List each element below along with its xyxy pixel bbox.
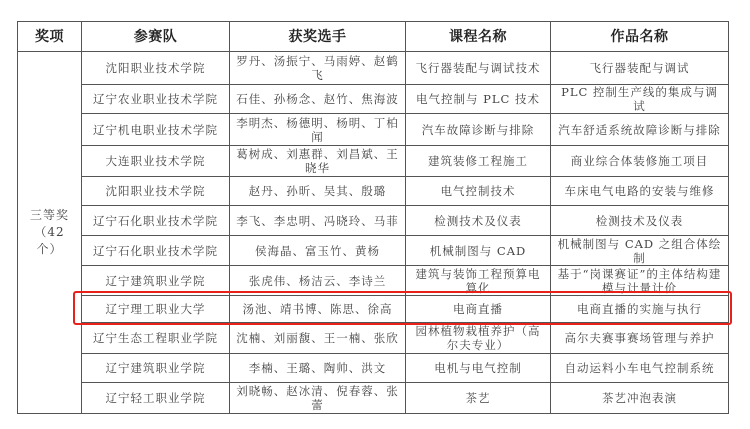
team-cell: 辽宁农业职业技术学院 bbox=[82, 85, 230, 114]
players-cell: 张虎伟、杨洁云、李诗兰 bbox=[230, 266, 406, 296]
course-cell: 电商直播 bbox=[406, 296, 551, 323]
work-cell: 高尔夫赛事赛场管理与养护 bbox=[551, 323, 729, 354]
header-course: 课程名称 bbox=[406, 22, 551, 52]
header-work: 作品名称 bbox=[551, 22, 729, 52]
work-cell: 自动运料小车电气控制系统 bbox=[551, 354, 729, 383]
table-row: 辽宁建筑职业学院张虎伟、杨洁云、李诗兰建筑与装饰工程预算电算化基于“岗课赛证”的… bbox=[18, 266, 729, 296]
header-award: 奖项 bbox=[18, 22, 82, 52]
course-cell: 电气控制技术 bbox=[406, 177, 551, 206]
work-cell: 机械制图与 CAD 之组合体绘制 bbox=[551, 236, 729, 266]
header-players: 获奖选手 bbox=[230, 22, 406, 52]
team-cell: 沈阳职业技术学院 bbox=[82, 52, 230, 85]
team-cell: 沈阳职业技术学院 bbox=[82, 177, 230, 206]
table-row: 辽宁建筑职业学院李楠、王璐、陶帅、洪文电机与电气控制自动运料小车电气控制系统 bbox=[18, 354, 729, 383]
table-row: 辽宁农业职业技术学院石佳、孙杨念、赵竹、焦海波电气控制与 PLC 技术PLC 控… bbox=[18, 85, 729, 114]
work-cell: 电商直播的实施与执行 bbox=[551, 296, 729, 323]
team-cell: 辽宁理工职业大学 bbox=[82, 296, 230, 323]
players-cell: 赵丹、孙昕、吴其、殷璐 bbox=[230, 177, 406, 206]
course-cell: 飞行器装配与调试技术 bbox=[406, 52, 551, 85]
course-cell: 建筑与装饰工程预算电算化 bbox=[406, 266, 551, 296]
award-level: 三等奖 bbox=[22, 207, 77, 224]
table-header-row: 奖项 参赛队 获奖选手 课程名称 作品名称 bbox=[18, 22, 729, 52]
course-cell: 建筑装修工程施工 bbox=[406, 146, 551, 177]
course-cell: 汽车故障诊断与排除 bbox=[406, 114, 551, 146]
table-row: 辽宁石化职业技术学院李飞、李忠明、冯晓玲、马菲检测技术及仪表检测技术及仪表 bbox=[18, 206, 729, 236]
players-cell: 李飞、李忠明、冯晓玲、马菲 bbox=[230, 206, 406, 236]
team-cell: 辽宁石化职业技术学院 bbox=[82, 236, 230, 266]
awards-table-container: 奖项 参赛队 获奖选手 课程名称 作品名称 三等奖（42 个）沈阳职业技术学院罗… bbox=[17, 21, 729, 414]
team-cell: 辽宁轻工职业学院 bbox=[82, 383, 230, 414]
table-row: 三等奖（42 个）沈阳职业技术学院罗丹、汤振宁、马雨婷、赵鹤飞飞行器装配与调试技… bbox=[18, 52, 729, 85]
table-row: 辽宁石化职业技术学院侯海晶、富玉竹、黄杨机械制图与 CAD机械制图与 CAD 之… bbox=[18, 236, 729, 266]
work-cell: 汽车舒适系统故障诊断与排除 bbox=[551, 114, 729, 146]
table-row-highlighted: 辽宁理工职业大学汤池、靖书博、陈思、徐高电商直播电商直播的实施与执行 bbox=[18, 296, 729, 323]
team-cell: 辽宁建筑职业学院 bbox=[82, 266, 230, 296]
course-cell: 电气控制与 PLC 技术 bbox=[406, 85, 551, 114]
award-level-cell: 三等奖（42 个） bbox=[18, 52, 82, 414]
players-cell: 葛树成、刘惠群、刘昌斌、王晓华 bbox=[230, 146, 406, 177]
work-cell: PLC 控制生产线的集成与调试 bbox=[551, 85, 729, 114]
work-cell: 检测技术及仪表 bbox=[551, 206, 729, 236]
team-cell: 大连职业技术学院 bbox=[82, 146, 230, 177]
award-count: （42 个） bbox=[22, 224, 77, 258]
players-cell: 石佳、孙杨念、赵竹、焦海波 bbox=[230, 85, 406, 114]
table-row: 辽宁机电职业技术学院李明杰、杨德明、杨明、丁柏闻汽车故障诊断与排除汽车舒适系统故… bbox=[18, 114, 729, 146]
players-cell: 侯海晶、富玉竹、黄杨 bbox=[230, 236, 406, 266]
players-cell: 李明杰、杨德明、杨明、丁柏闻 bbox=[230, 114, 406, 146]
team-cell: 辽宁机电职业技术学院 bbox=[82, 114, 230, 146]
awards-table: 奖项 参赛队 获奖选手 课程名称 作品名称 三等奖（42 个）沈阳职业技术学院罗… bbox=[17, 21, 729, 414]
course-cell: 机械制图与 CAD bbox=[406, 236, 551, 266]
course-cell: 茶艺 bbox=[406, 383, 551, 414]
team-cell: 辽宁生态工程职业学院 bbox=[82, 323, 230, 354]
work-cell: 基于“岗课赛证”的主体结构建模与计量计价 bbox=[551, 266, 729, 296]
team-cell: 辽宁建筑职业学院 bbox=[82, 354, 230, 383]
table-row: 辽宁轻工职业学院刘晓畅、赵冰清、倪春蓉、张蕾茶艺茶艺冲泡表演 bbox=[18, 383, 729, 414]
players-cell: 汤池、靖书博、陈思、徐高 bbox=[230, 296, 406, 323]
course-cell: 电机与电气控制 bbox=[406, 354, 551, 383]
players-cell: 李楠、王璐、陶帅、洪文 bbox=[230, 354, 406, 383]
table-row: 大连职业技术学院葛树成、刘惠群、刘昌斌、王晓华建筑装修工程施工商业综合体装修施工… bbox=[18, 146, 729, 177]
table-row: 辽宁生态工程职业学院沈楠、刘丽馥、王一楠、张欣园林植物栽植养护（高尔夫专业）高尔… bbox=[18, 323, 729, 354]
table-body: 三等奖（42 个）沈阳职业技术学院罗丹、汤振宁、马雨婷、赵鹤飞飞行器装配与调试技… bbox=[18, 52, 729, 414]
work-cell: 商业综合体装修施工项目 bbox=[551, 146, 729, 177]
header-team: 参赛队 bbox=[82, 22, 230, 52]
team-cell: 辽宁石化职业技术学院 bbox=[82, 206, 230, 236]
course-cell: 园林植物栽植养护（高尔夫专业） bbox=[406, 323, 551, 354]
table-row: 沈阳职业技术学院赵丹、孙昕、吴其、殷璐电气控制技术车床电气电路的安装与维修 bbox=[18, 177, 729, 206]
work-cell: 飞行器装配与调试 bbox=[551, 52, 729, 85]
players-cell: 沈楠、刘丽馥、王一楠、张欣 bbox=[230, 323, 406, 354]
players-cell: 刘晓畅、赵冰清、倪春蓉、张蕾 bbox=[230, 383, 406, 414]
course-cell: 检测技术及仪表 bbox=[406, 206, 551, 236]
work-cell: 茶艺冲泡表演 bbox=[551, 383, 729, 414]
work-cell: 车床电气电路的安装与维修 bbox=[551, 177, 729, 206]
players-cell: 罗丹、汤振宁、马雨婷、赵鹤飞 bbox=[230, 52, 406, 85]
